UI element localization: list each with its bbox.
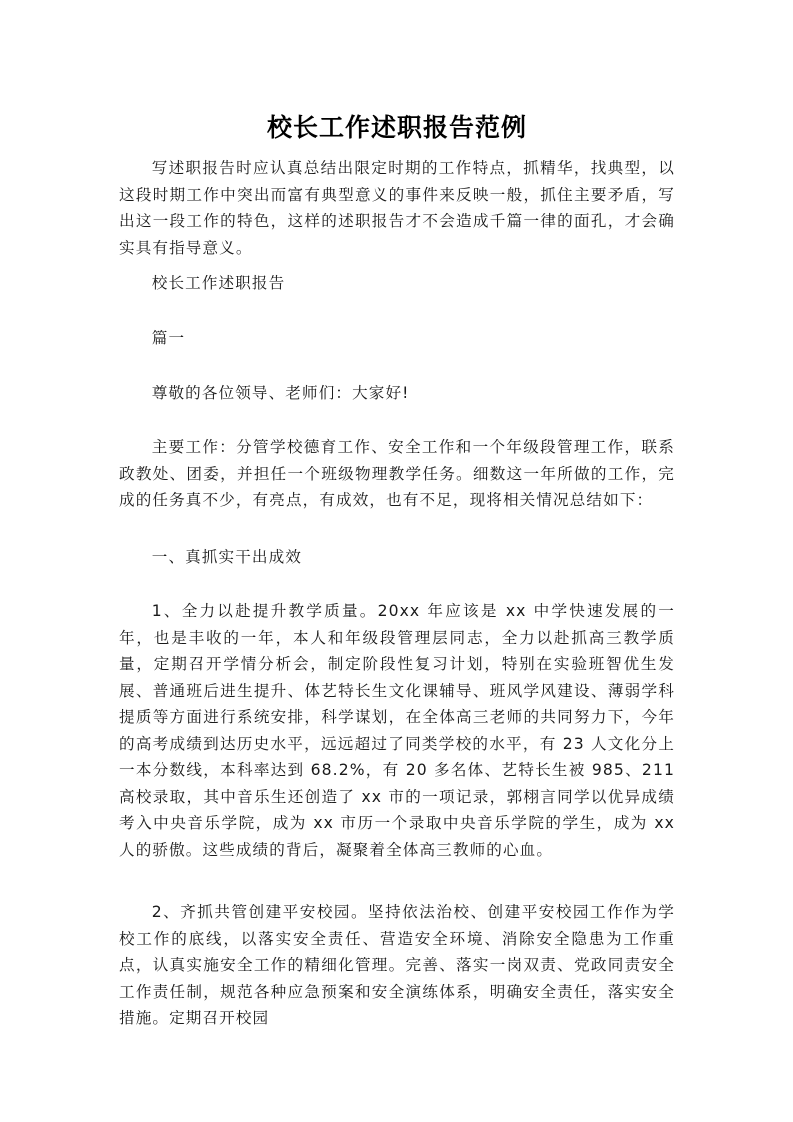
blank-line — [119, 514, 675, 541]
section-heading: 一、真抓实干出成效 — [119, 544, 675, 571]
blank-line — [119, 863, 675, 899]
intro-paragraph: 写述职报告时应认真总结出限定时期的工作特点，抓精华，找典型，以这段时期工作中突出… — [119, 155, 675, 261]
subtitle: 校长工作述职报告 — [119, 270, 675, 297]
item-paragraph-2: 2、齐抓共管创建平安校园。坚持依法治校、创建平安校园工作作为学校工作的底线，以落… — [119, 899, 675, 1032]
part-label: 篇一 — [119, 325, 675, 352]
blank-line — [119, 407, 675, 434]
document-body: 写述职报告时应认真总结出限定时期的工作特点，抓精华，找典型，以这段时期工作中突出… — [119, 155, 675, 1032]
item-paragraph-1: 1、全力以赴提升教学质量。20xx 年应该是 xx 中学快速发展的一年，也是丰收… — [119, 598, 675, 863]
blank-line — [119, 571, 675, 598]
main-work-paragraph: 主要工作：分管学校德育工作、安全工作和一个年级段管理工作，联系政教处、团委，并担… — [119, 434, 675, 514]
greeting: 尊敬的各位领导、老师们：大家好! — [119, 380, 675, 407]
document-title: 校长工作述职报告范例 — [119, 111, 675, 145]
blank-line — [119, 352, 675, 379]
blank-line — [119, 297, 675, 324]
